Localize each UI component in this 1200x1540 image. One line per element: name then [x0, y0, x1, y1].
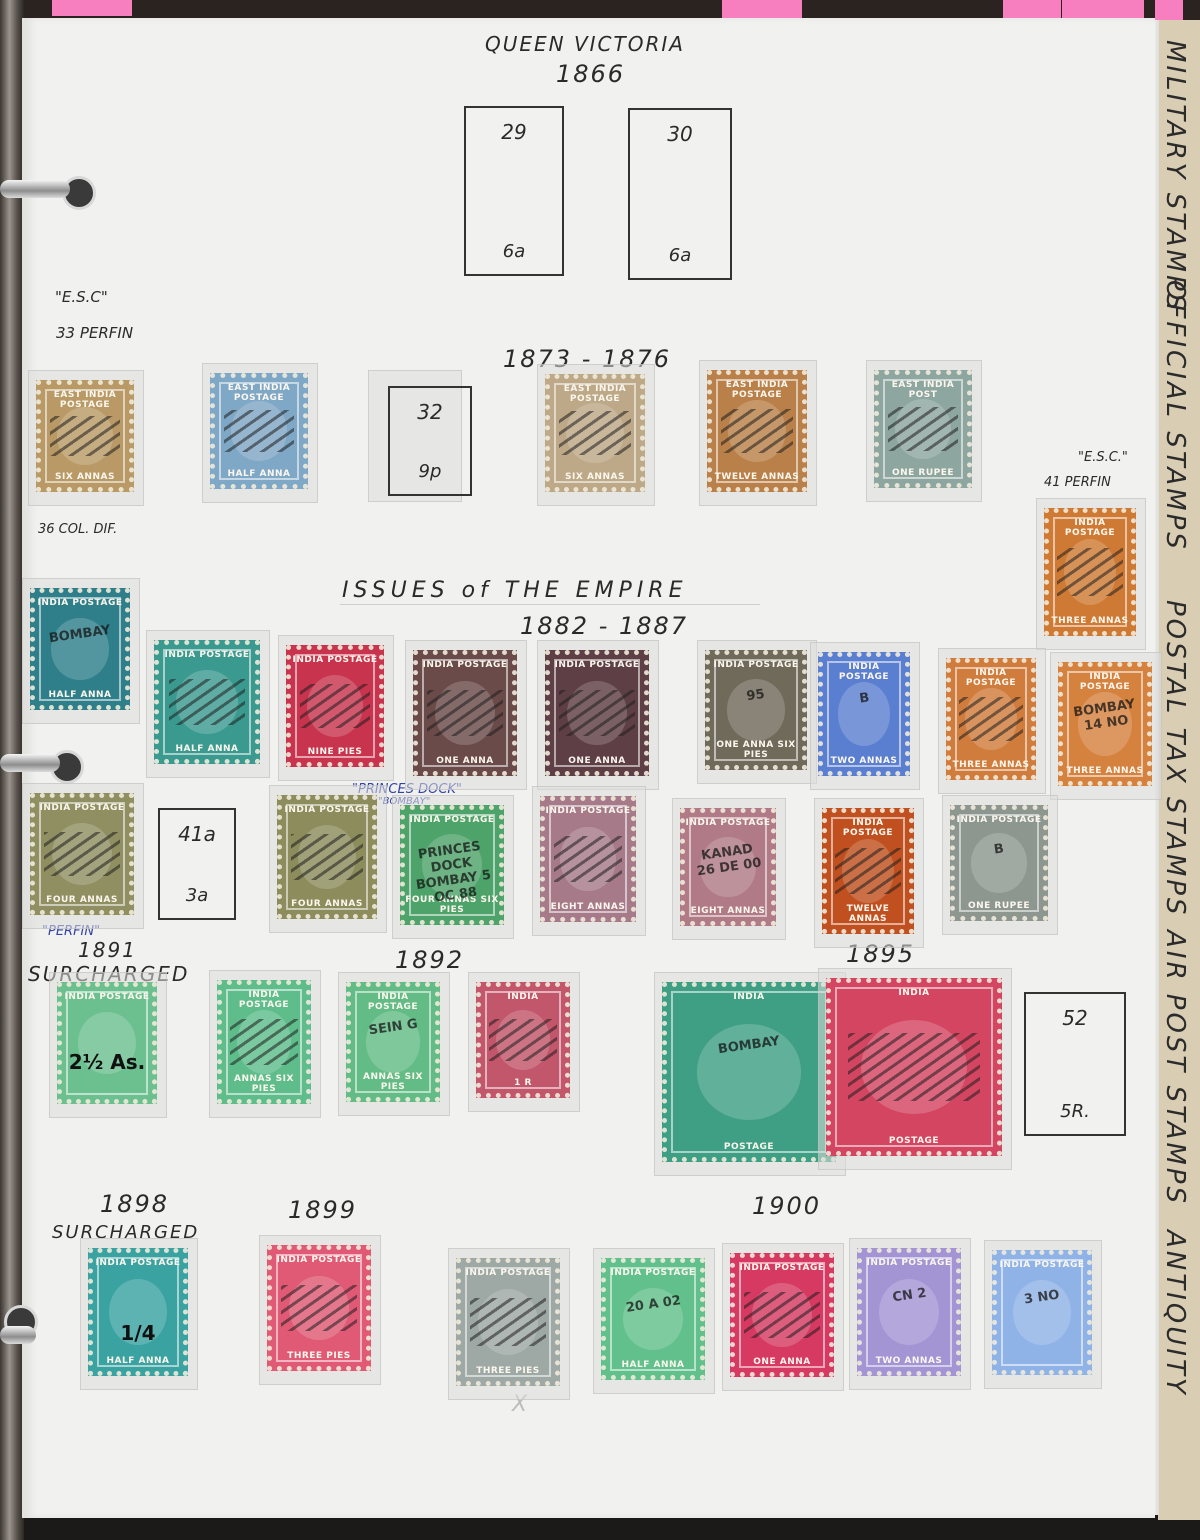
catalog-number: 30 [630, 122, 730, 146]
empty-space-41a: 41a 3a [158, 808, 236, 920]
bar-cancel [554, 836, 623, 882]
stamp-denomination: THREE PIES [461, 1366, 555, 1376]
stamp[interactable]: INDIA POSTAGE [826, 978, 1002, 1156]
catalog-value: 6a [630, 245, 730, 266]
stamp-inscription: INDIA POSTAGE [272, 1255, 366, 1265]
stamp-inscription: INDIA POSTAGE [550, 660, 644, 670]
stamp[interactable]: INDIA POSTAGE ONE ANNA SIX PIES95 [705, 650, 807, 770]
year-heading-1899: 1899 [288, 1196, 357, 1224]
catalog-value: 3a [160, 885, 234, 906]
stamp-inscription: INDIA POSTAGE [1063, 672, 1147, 692]
stamp[interactable]: INDIA POSTAGE TWELVE ANNAS [822, 808, 914, 934]
bar-cancel [559, 411, 631, 454]
stamp[interactable]: INDIA POSTAGE EIGHT ANNASKANAD 26 DE 00 [680, 808, 776, 926]
stamp-denomination: POSTAGE [667, 1142, 831, 1152]
note-esc-quote-33: "E.S.C" [55, 288, 108, 306]
surcharge-overprint: 1/4 [93, 1321, 183, 1345]
stamp-inscription: INDIA POSTAGE [351, 992, 435, 1012]
stamp-denomination: ONE RUPEE [879, 468, 967, 478]
stamp[interactable]: INDIA POSTAGE 3 NO [992, 1250, 1092, 1375]
catalog-number: 41a [160, 822, 234, 846]
catalog-value: 5R. [1026, 1101, 1124, 1122]
stamp-inscription: INDIA POSTAGE [35, 598, 125, 608]
ruled-line [340, 604, 760, 605]
stamp-inscription: INDIA POSTAGE [291, 655, 379, 665]
stamp-denomination: HALF ANNA [35, 690, 125, 700]
stamp[interactable]: INDIA POSTAGE EIGHT ANNAS [540, 796, 636, 922]
stamp[interactable]: INDIA POSTAGE ANNAS SIX PIESSEIN G [346, 982, 440, 1102]
stamp-inscription: INDIA [831, 988, 997, 998]
bar-cancel [835, 848, 901, 894]
stamp[interactable]: EAST INDIA POSTAGE SIX ANNAS [36, 380, 134, 492]
stamp-denomination: FOUR ANNAS [282, 899, 372, 909]
note-esc-quote-41: "E.S.C." [1078, 450, 1128, 465]
section-heading-empire: ISSUES of THE EMPIRE [342, 578, 688, 603]
stamp-inscription: INDIA POSTAGE [606, 1268, 700, 1278]
stamp-denomination: TWELVE ANNAS [712, 472, 802, 482]
stamp-inscription: INDIA POSTAGE [955, 815, 1043, 825]
stamp-denomination: HALF ANNA [606, 1360, 700, 1370]
bar-cancel [291, 834, 363, 880]
stamp-denomination: ONE ANNA [550, 756, 644, 766]
bar-cancel [427, 690, 502, 736]
bar-cancel [44, 832, 119, 877]
page-title: QUEEN VICTORIA [485, 32, 685, 56]
divider-tab-military[interactable]: MILITARY STAMPS [1160, 40, 1190, 313]
divider-tab-postal-tax[interactable]: POSTAL TAX STAMPS [1160, 600, 1190, 917]
stamp[interactable]: EAST INDIA POSTAGE HALF ANNA [210, 373, 308, 489]
year-heading-1882: 1882 - 1887 [520, 612, 688, 640]
stamp-denomination: THREE PIES [272, 1351, 366, 1361]
catalog-value: 6a [466, 241, 562, 262]
bar-cancel [300, 684, 370, 729]
stamp-inscription: INDIA POSTAGE [1049, 518, 1131, 538]
stamp-denomination: FOUR ANNAS [35, 895, 129, 905]
stamp-denomination: SIX ANNAS [41, 472, 129, 482]
bar-cancel [1057, 548, 1123, 595]
stamp-denomination: ANNAS SIX PIES [222, 1074, 306, 1094]
binder-ring [0, 180, 70, 198]
stamp-denomination: SIX ANNAS [550, 472, 640, 482]
stamp-inscription: INDIA POSTAGE [862, 1258, 956, 1268]
stamp-denomination: HALF ANNA [215, 469, 303, 479]
stamp-inscription: INDIA POSTAGE [282, 805, 372, 815]
stamp-inscription: INDIA POSTAGE [827, 818, 909, 838]
bar-cancel [888, 407, 958, 450]
binder-ring [0, 754, 60, 772]
stamp-inscription: INDIA POSTAGE [93, 1258, 183, 1268]
stamp[interactable]: INDIA POSTAGE THREE ANNASBOMBAY 14 NO [1058, 662, 1152, 786]
stamp-denomination: ONE ANNA [418, 756, 512, 766]
bar-cancel [230, 1019, 297, 1065]
stamp[interactable]: INDIA POSTAGE FOUR ANNAS [30, 793, 134, 915]
stamp[interactable]: INDIA POSTAGE THREE ANNAS [946, 658, 1036, 780]
stamp[interactable]: EAST INDIA POSTAGE TWELVE ANNAS [707, 370, 807, 492]
stamp-denomination: HALF ANNA [93, 1356, 183, 1366]
empty-space-52: 52 5R. [1024, 992, 1126, 1136]
pink-index-tab[interactable] [52, 0, 132, 16]
stamp-denomination: HALF ANNA [159, 744, 255, 754]
stamp-inscription: INDIA POSTAGE [545, 806, 631, 816]
stamp-inscription: INDIA POSTAGE [405, 815, 499, 825]
stamp[interactable]: EAST INDIA POST ONE RUPEE [874, 370, 972, 488]
stamp-denomination: ONE RUPEE [955, 901, 1043, 911]
stamp-inscription: INDIA POSTAGE [461, 1268, 555, 1278]
bar-cancel [169, 679, 246, 725]
binder-ring [0, 1326, 36, 1344]
stamp-denomination: ONE ANNA SIX PIES [710, 740, 802, 760]
stamp[interactable]: INDIA POSTAGE FOUR ANNAS SIX PIESPRINCES… [400, 805, 504, 925]
bar-cancel [744, 1292, 819, 1338]
stamp-inscription: INDIA POSTAGE [62, 992, 152, 1002]
stamp[interactable]: INDIA POSTAGE THREE ANNAS [1044, 508, 1136, 636]
stamp[interactable]: INDIA POSTAGE ONE RUPEEB [950, 805, 1048, 921]
year-heading-1898: 1898 [100, 1190, 169, 1218]
bar-cancel [281, 1285, 356, 1331]
catalog-number: 52 [1026, 1006, 1124, 1030]
year-heading-1892: 1892 [395, 946, 464, 974]
bar-cancel [224, 410, 294, 452]
stamp-denomination: POSTAGE [831, 1136, 997, 1146]
stamp[interactable]: EAST INDIA POSTAGE SIX ANNAS [545, 374, 645, 492]
catalog-number: 32 [390, 400, 470, 424]
stamp[interactable]: INDIA POSTAGE HALF ANNA20 A 02 [601, 1258, 705, 1380]
bar-cancel [848, 1033, 981, 1100]
stamp-inscription: INDIA POSTAGE [823, 662, 905, 682]
bar-cancel [50, 416, 120, 457]
stamp-denomination: THREE ANNAS [1049, 616, 1131, 626]
stamp-inscription: INDIA POSTAGE [710, 660, 802, 670]
divider-tab-air-post[interactable]: AIR POST STAMPS [1160, 930, 1190, 1206]
stamp-denomination: ONE ANNA [735, 1357, 829, 1367]
catalog-value: 9p [390, 461, 470, 482]
stamp[interactable]: INDIA 1 R [476, 982, 570, 1098]
year-heading-1891: 1891 [78, 938, 137, 962]
stamp-inscription: INDIA POSTAGE [35, 803, 129, 813]
stamp[interactable]: INDIA POSTAGE FOUR ANNAS [277, 795, 377, 919]
stamp-inscription: INDIA POSTAGE [735, 1263, 829, 1273]
stamp[interactable]: INDIA POSTAGE NINE PIES [286, 645, 384, 767]
stamp-denomination: ANNAS SIX PIES [351, 1072, 435, 1092]
catalog-number: 29 [466, 120, 562, 144]
stamp-inscription: EAST INDIA POSTAGE [712, 380, 802, 400]
stamp-denomination: THREE ANNAS [951, 760, 1031, 770]
empty-space-30: 30 6a [628, 108, 732, 280]
stamp-denomination: TWO ANNAS [823, 756, 905, 766]
stamp[interactable]: INDIA POSTAGE TWO ANNASCN 2 [857, 1248, 961, 1376]
stamp-inscription: INDIA [481, 992, 565, 1002]
stamp-inscription: INDIA POSTAGE [418, 660, 512, 670]
bar-cancel [559, 690, 634, 736]
stamp-denomination: THREE ANNAS [1063, 766, 1147, 776]
stamp[interactable]: INDIA POSTAGE HALF ANNA1/4 [88, 1248, 188, 1376]
stamp-inscription: EAST INDIA POSTAGE [41, 390, 129, 410]
stamp[interactable]: INDIA POSTAGE 2½ As. [57, 982, 157, 1104]
stamp-inscription: INDIA POSTAGE [222, 990, 306, 1010]
year-heading-1900: 1900 [752, 1192, 821, 1220]
stamp-inscription: EAST INDIA POSTAGE [215, 383, 303, 403]
note-col-dif-36: 36 COL. DIF. [38, 522, 117, 537]
stamp[interactable]: INDIA POSTAGE TWO ANNASB [818, 652, 910, 776]
bar-cancel [489, 1019, 556, 1061]
bar-cancel [959, 697, 1023, 742]
stamp-denomination: TWO ANNAS [862, 1356, 956, 1366]
stamp-inscription: INDIA [667, 992, 831, 1002]
stamp[interactable]: INDIA POSTAGE HALF ANNA [154, 640, 260, 764]
stamp-inscription: EAST INDIA POSTAGE [550, 384, 640, 404]
bar-cancel [470, 1298, 545, 1345]
stamp[interactable]: INDIA POSTAGEBOMBAY [662, 982, 836, 1162]
stamp-inscription: INDIA POSTAGE [159, 650, 255, 660]
stamp-denomination: TWELVE ANNAS [827, 904, 909, 924]
stamp[interactable]: INDIA POSTAGE THREE PIES [456, 1258, 560, 1386]
stamp[interactable]: INDIA POSTAGE ONE ANNA [545, 650, 649, 776]
stamp-inscription: INDIA POSTAGE [997, 1260, 1087, 1270]
empty-space-32: 32 9p [388, 386, 472, 496]
stamp[interactable]: INDIA POSTAGE HALF ANNABOMBAY [30, 588, 130, 710]
stamp-denomination: NINE PIES [291, 747, 379, 757]
bar-cancel [721, 409, 793, 454]
stamp-denomination: EIGHT ANNAS [545, 902, 631, 912]
stamp-inscription: EAST INDIA POST [879, 380, 967, 400]
year-heading-1866: 1866 [556, 60, 625, 88]
divider-tab-antiquity[interactable]: ANTIQUITY [1160, 1230, 1190, 1397]
stamp-inscription: INDIA POSTAGE [951, 668, 1031, 688]
surcharge-overprint: 2½ As. [62, 1050, 152, 1074]
note-perfin-33: 33 PERFIN [56, 324, 133, 342]
stamp-inscription: INDIA POSTAGE [685, 818, 771, 828]
stamp-denomination: 1 R [481, 1078, 565, 1088]
note-perfin-41: 41 PERFIN [1044, 475, 1111, 490]
stamp[interactable]: INDIA POSTAGE ONE ANNA [730, 1253, 834, 1377]
stamp[interactable]: INDIA POSTAGE THREE PIES [267, 1245, 371, 1371]
empty-space-29: 29 6a [464, 106, 564, 276]
postmark: PRINCES DOCK BOMBAY 5 OC 88 [409, 838, 496, 908]
stamp[interactable]: INDIA POSTAGE ONE ANNA [413, 650, 517, 776]
stamp-denomination: EIGHT ANNAS [685, 906, 771, 916]
stamp[interactable]: INDIA POSTAGE ANNAS SIX PIES [217, 980, 311, 1104]
divider-tab-official[interactable]: OFFICIAL STAMPS [1160, 280, 1190, 552]
